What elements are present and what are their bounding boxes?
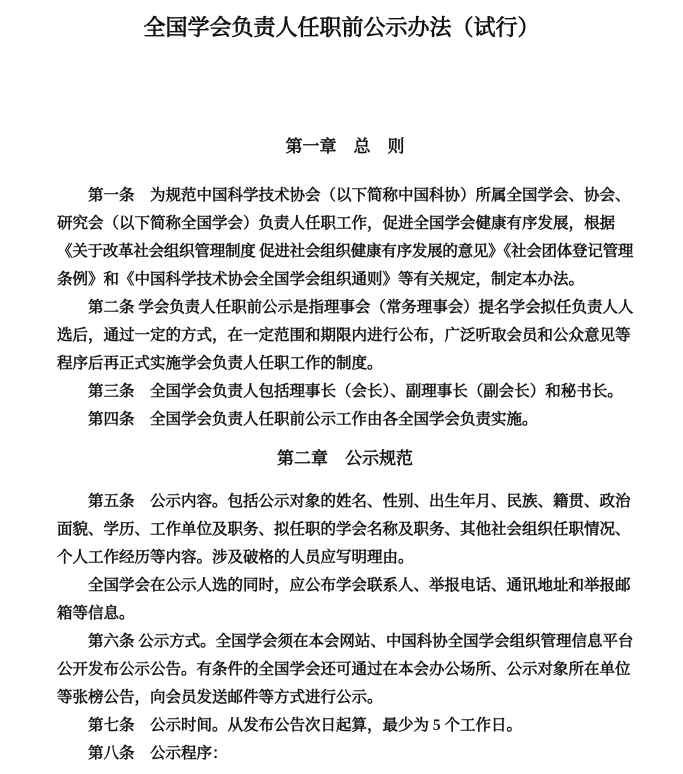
text-line: 研究会（以下简称全国学会）负责人任职工作，促进全国学会健康有序发展，根据 — [57, 210, 633, 238]
article-6-paragraph: 第六条 公示方式。全国学会须在本会网站、中国科协全国学会组织管理信息平台 公开发… — [57, 628, 633, 712]
article-5-paragraph: 第五条 公示内容。包括公示对象的姓名、性别、出生年月、民族、籍贯、政治 面貌、学… — [57, 488, 633, 572]
article-1-paragraph: 第一条 为规范中国科学技术协会（以下简称中国科协）所属全国学会、协会、 研究会（… — [57, 182, 633, 294]
text-line: 第八条 公示程序： — [57, 740, 633, 768]
text-line: 第一条 为规范中国科学技术协会（以下简称中国科协）所属全国学会、协会、 — [57, 182, 633, 210]
text-line: 第二条 学会负责人任职前公示是指理事会（常务理事会）提名学会拟任负责人人 — [57, 294, 633, 322]
article-2-paragraph: 第二条 学会负责人任职前公示是指理事会（常务理事会）提名学会拟任负责人人 选后，… — [57, 294, 633, 378]
chapter-2-heading: 第二章 公示规范 — [57, 447, 633, 471]
article-4-paragraph: 第四条 全国学会负责人任职前公示工作由各全国学会负责实施。 — [57, 406, 633, 434]
article-7-paragraph: 第七条 公示时间。从发布公告次日起算，最少为 5 个工作日。 — [57, 712, 633, 740]
text-line: 面貌、学历、工作单位及职务、拟任职的学会名称及职务、其他社会组织任职情况、 — [57, 516, 633, 544]
text-line: 全国学会在公示人选的同时，应公布学会联系人、举报电话、通讯地址和举报邮 — [57, 572, 633, 600]
text-line: 程序后再正式实施学会负责人任职工作的制度。 — [57, 350, 633, 378]
text-line: 等张榜公告，向会员发送邮件等方式进行公示。 — [57, 684, 633, 712]
text-line: 第六条 公示方式。全国学会须在本会网站、中国科协全国学会组织管理信息平台 — [57, 628, 633, 656]
document-title: 全国学会负责人任职前公示办法（试行） — [0, 0, 683, 43]
document-page: 全国学会负责人任职前公示办法（试行） 第一章 总 则 第一条 为规范中国科学技术… — [0, 0, 683, 774]
text-line: 第五条 公示内容。包括公示对象的姓名、性别、出生年月、民族、籍贯、政治 — [57, 488, 633, 516]
chapter-1-heading: 第一章 总 则 — [57, 135, 633, 159]
text-line: 第四条 全国学会负责人任职前公示工作由各全国学会负责实施。 — [57, 406, 633, 434]
text-line: 箱等信息。 — [57, 600, 633, 628]
article-8-paragraph: 第八条 公示程序： — [57, 740, 633, 768]
text-line: 个人工作经历等内容。涉及破格的人员应写明理由。 — [57, 544, 633, 572]
text-line: 选后，通过一定的方式，在一定范围和期限内进行公布，广泛听取会员和公众意见等 — [57, 322, 633, 350]
text-line: 条例》和《中国科学技术协会全国学会组织通则》等有关规定，制定本办法。 — [57, 266, 633, 294]
text-line: 《关于改革社会组织管理制度 促进社会组织健康有序发展的意见》《社会团体登记管理 — [57, 238, 633, 266]
text-line: 第七条 公示时间。从发布公告次日起算，最少为 5 个工作日。 — [57, 712, 633, 740]
article-3-paragraph: 第三条 全国学会负责人包括理事长（会长）、副理事长（副会长）和秘书长。 — [57, 378, 633, 406]
article-5-supplement-paragraph: 全国学会在公示人选的同时，应公布学会联系人、举报电话、通讯地址和举报邮 箱等信息… — [57, 572, 633, 628]
document-body: 第一章 总 则 第一条 为规范中国科学技术协会（以下简称中国科协）所属全国学会、… — [0, 135, 683, 768]
text-line: 公开发布公示公告。有条件的全国学会还可通过在本会办公场所、公示对象所在单位 — [57, 656, 633, 684]
text-line: 第三条 全国学会负责人包括理事长（会长）、副理事长（副会长）和秘书长。 — [57, 378, 633, 406]
